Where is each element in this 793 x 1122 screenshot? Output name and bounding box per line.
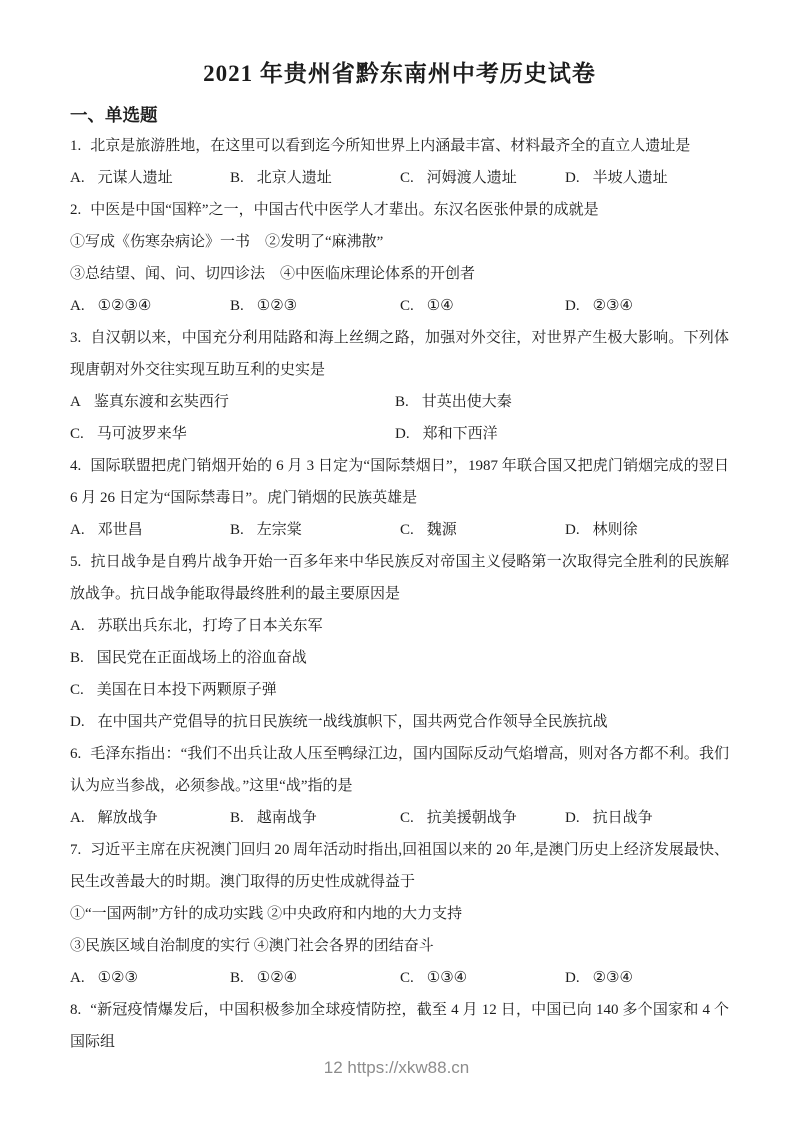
option-text: ①②④ bbox=[257, 970, 297, 986]
option-letter: B. bbox=[230, 810, 244, 826]
option-letter: C. bbox=[70, 426, 84, 442]
options-row: A.解放战争 B.越南战争 C.抗美援朝战争 D.抗日战争 bbox=[70, 802, 729, 834]
option-letter: A. bbox=[70, 170, 85, 186]
question-8: 8.“新冠疫情爆发后，中国积极参加全球疫情防控，截至 4 月 12 日，中国已向… bbox=[70, 994, 729, 1058]
question-stem: 8.“新冠疫情爆发后，中国积极参加全球疫情防控，截至 4 月 12 日，中国已向… bbox=[70, 994, 729, 1058]
option-letter: D. bbox=[565, 970, 580, 986]
option-text: ①③④ bbox=[427, 970, 467, 986]
options-row: A.元谋人遗址 B.北京人遗址 C.河姆渡人遗址 D.半坡人遗址 bbox=[70, 162, 729, 194]
option-text: 美国在日本投下两颗原子弹 bbox=[97, 682, 277, 698]
option-text: ①②③④ bbox=[98, 298, 152, 314]
question-4: 4.国际联盟把虎门销烟开始的 6 月 3 日定为“国际禁烟日”，1987 年联合… bbox=[70, 450, 729, 546]
question-text: 习近平主席在庆祝澳门回归 20 周年活动时指出,回祖国以来的 20 年,是澳门历… bbox=[70, 842, 729, 890]
option-text: 抗日战争 bbox=[593, 810, 653, 826]
option-letter: C. bbox=[400, 810, 414, 826]
option-text: 苏联出兵东北，打垮了日本关东军 bbox=[98, 618, 323, 634]
option-a: A.①②③ bbox=[70, 962, 230, 994]
question-text: 国际联盟把虎门销烟开始的 6 月 3 日定为“国际禁烟日”，1987 年联合国又… bbox=[70, 458, 729, 506]
footer-watermark: 12 https://xkw88.cn bbox=[0, 1058, 793, 1078]
option-c: C.抗美援朝战争 bbox=[400, 802, 565, 834]
option-letter: B. bbox=[70, 650, 84, 666]
option-d: D.郑和下西洋 bbox=[395, 418, 729, 450]
option-c: C.马可波罗来华 bbox=[70, 418, 395, 450]
option-d: D.半坡人遗址 bbox=[565, 162, 729, 194]
options-row: A.邓世昌 B.左宗棠 C.魏源 D.林则徐 bbox=[70, 514, 729, 546]
option-d: D.在中国共产党倡导的抗日民族统一战线旗帜下，国共两党合作领导全民族抗战 bbox=[70, 706, 729, 738]
question-number: 4. bbox=[70, 458, 81, 474]
option-d: D.林则徐 bbox=[565, 514, 729, 546]
option-text: ②③④ bbox=[593, 298, 633, 314]
question-text: 毛泽东指出：“我们不出兵让敌人压至鸭绿江边，国内国际反动气焰增高，则对各方都不利… bbox=[70, 746, 729, 794]
question-subline: ③民族区域自治制度的实行 ④澳门社会各界的团结奋斗 bbox=[70, 930, 729, 962]
question-2: 2.中医是中国“国粹”之一，中国古代中医学人才辈出。东汉名医张仲景的成就是 ①写… bbox=[70, 194, 729, 322]
option-text: 半坡人遗址 bbox=[593, 170, 668, 186]
question-stem: 2.中医是中国“国粹”之一，中国古代中医学人才辈出。东汉名医张仲景的成就是 bbox=[70, 194, 729, 226]
option-text: 马可波罗来华 bbox=[97, 426, 187, 442]
options-row: A鉴真东渡和玄奘西行 B.甘英出使大秦 bbox=[70, 386, 729, 418]
question-subline: ①“一国两制”方针的成功实践 ②中央政府和内地的大力支持 bbox=[70, 898, 729, 930]
options-row: C.马可波罗来华 D.郑和下西洋 bbox=[70, 418, 729, 450]
option-b: B.①②④ bbox=[230, 962, 400, 994]
option-d: D.②③④ bbox=[565, 962, 729, 994]
option-letter: B. bbox=[395, 394, 409, 410]
option-text: 左宗棠 bbox=[257, 522, 302, 538]
option-text: 甘英出使大秦 bbox=[422, 394, 512, 410]
option-letter: D. bbox=[565, 810, 580, 826]
question-number: 7. bbox=[70, 842, 81, 858]
option-a: A.邓世昌 bbox=[70, 514, 230, 546]
option-letter: A. bbox=[70, 970, 85, 986]
option-b: B.越南战争 bbox=[230, 802, 400, 834]
options-row: A.①②③ B.①②④ C.①③④ D.②③④ bbox=[70, 962, 729, 994]
option-letter: D. bbox=[70, 714, 85, 730]
option-c: C.河姆渡人遗址 bbox=[400, 162, 565, 194]
option-d: D.②③④ bbox=[565, 290, 729, 322]
option-letter: C. bbox=[400, 298, 414, 314]
page-title: 2021 年贵州省黔东南州中考历史试卷 bbox=[70, 56, 729, 92]
option-letter: D. bbox=[565, 170, 580, 186]
option-letter: A. bbox=[70, 810, 85, 826]
option-c: C.①④ bbox=[400, 290, 565, 322]
option-c: C.魏源 bbox=[400, 514, 565, 546]
option-a: A.苏联出兵东北，打垮了日本关东军 bbox=[70, 610, 729, 642]
question-stem: 5.抗日战争是自鸦片战争开始一百多年来中华民族反对帝国主义侵略第一次取得完全胜利… bbox=[70, 546, 729, 610]
option-b: B.北京人遗址 bbox=[230, 162, 400, 194]
option-a: A鉴真东渡和玄奘西行 bbox=[70, 386, 395, 418]
question-number: 5. bbox=[70, 554, 81, 570]
option-letter: C. bbox=[400, 170, 414, 186]
question-stem: 7.习近平主席在庆祝澳门回归 20 周年活动时指出,回祖国以来的 20 年,是澳… bbox=[70, 834, 729, 898]
question-number: 2. bbox=[70, 202, 81, 218]
option-letter: D. bbox=[565, 522, 580, 538]
question-subline: ①写成《伤寒杂病论》一书 ②发明了“麻沸散” bbox=[70, 226, 729, 258]
option-text: ①②③ bbox=[257, 298, 297, 314]
option-text: 魏源 bbox=[427, 522, 457, 538]
option-text: ①②③ bbox=[98, 970, 138, 986]
option-letter: D. bbox=[395, 426, 410, 442]
question-5: 5.抗日战争是自鸦片战争开始一百多年来中华民族反对帝国主义侵略第一次取得完全胜利… bbox=[70, 546, 729, 738]
option-c: C.美国在日本投下两颗原子弹 bbox=[70, 674, 729, 706]
question-stem: 1.北京是旅游胜地，在这里可以看到迄今所知世界上内涵最丰富、材料最齐全的直立人遗… bbox=[70, 130, 729, 162]
option-text: 郑和下西洋 bbox=[423, 426, 498, 442]
question-number: 8. bbox=[70, 1002, 81, 1018]
option-text: 河姆渡人遗址 bbox=[427, 170, 517, 186]
question-3: 3.自汉朝以来，中国充分利用陆路和海上丝绸之路，加强对外交往，对世界产生极大影响… bbox=[70, 322, 729, 450]
option-text: 在中国共产党倡导的抗日民族统一战线旗帜下，国共两党合作领导全民族抗战 bbox=[98, 714, 608, 730]
option-text: 邓世昌 bbox=[98, 522, 143, 538]
question-text: 自汉朝以来，中国充分利用陆路和海上丝绸之路，加强对外交往，对世界产生极大影响。下… bbox=[70, 330, 729, 378]
option-letter: A bbox=[70, 394, 81, 410]
question-stem: 3.自汉朝以来，中国充分利用陆路和海上丝绸之路，加强对外交往，对世界产生极大影响… bbox=[70, 322, 729, 386]
option-letter: B. bbox=[230, 970, 244, 986]
option-letter: C. bbox=[400, 522, 414, 538]
option-text: 解放战争 bbox=[98, 810, 158, 826]
option-text: 林则徐 bbox=[593, 522, 638, 538]
option-letter: D. bbox=[565, 298, 580, 314]
option-b: B.国民党在正面战场上的浴血奋战 bbox=[70, 642, 729, 674]
question-number: 3. bbox=[70, 330, 81, 346]
option-a: A.①②③④ bbox=[70, 290, 230, 322]
question-number: 6. bbox=[70, 746, 81, 762]
question-stem: 4.国际联盟把虎门销烟开始的 6 月 3 日定为“国际禁烟日”，1987 年联合… bbox=[70, 450, 729, 514]
question-subline: ③总结望、闻、问、切四诊法 ④中医临床理论体系的开创者 bbox=[70, 258, 729, 290]
option-letter: A. bbox=[70, 298, 85, 314]
option-text: ①④ bbox=[427, 298, 454, 314]
question-text: 北京是旅游胜地，在这里可以看到迄今所知世界上内涵最丰富、材料最齐全的直立人遗址是 bbox=[90, 138, 690, 154]
question-text: 抗日战争是自鸦片战争开始一百多年来中华民族反对帝国主义侵略第一次取得完全胜利的民… bbox=[70, 554, 729, 602]
section-heading: 一、单选题 bbox=[70, 100, 729, 130]
question-text: “新冠疫情爆发后，中国积极参加全球疫情防控，截至 4 月 12 日，中国已向 1… bbox=[70, 1002, 729, 1050]
option-a: A.解放战争 bbox=[70, 802, 230, 834]
option-text: 抗美援朝战争 bbox=[427, 810, 517, 826]
option-text: ②③④ bbox=[593, 970, 633, 986]
page-content: 2021 年贵州省黔东南州中考历史试卷 一、单选题 1.北京是旅游胜地，在这里可… bbox=[0, 0, 793, 1058]
option-c: C.①③④ bbox=[400, 962, 565, 994]
question-stem: 6.毛泽东指出：“我们不出兵让敌人压至鸭绿江边，国内国际反动气焰增高，则对各方都… bbox=[70, 738, 729, 802]
option-text: 国民党在正面战场上的浴血奋战 bbox=[97, 650, 307, 666]
question-1: 1.北京是旅游胜地，在这里可以看到迄今所知世界上内涵最丰富、材料最齐全的直立人遗… bbox=[70, 130, 729, 194]
question-text: 中医是中国“国粹”之一，中国古代中医学人才辈出。东汉名医张仲景的成就是 bbox=[90, 202, 598, 218]
option-text: 鉴真东渡和玄奘西行 bbox=[94, 394, 229, 410]
option-letter: A. bbox=[70, 522, 85, 538]
question-number: 1. bbox=[70, 138, 81, 154]
option-letter: B. bbox=[230, 170, 244, 186]
exam-page: 2021 年贵州省黔东南州中考历史试卷 一、单选题 1.北京是旅游胜地，在这里可… bbox=[0, 0, 793, 1122]
option-letter: C. bbox=[70, 682, 84, 698]
option-text: 越南战争 bbox=[257, 810, 317, 826]
option-letter: B. bbox=[230, 298, 244, 314]
option-a: A.元谋人遗址 bbox=[70, 162, 230, 194]
option-b: B.①②③ bbox=[230, 290, 400, 322]
option-letter: B. bbox=[230, 522, 244, 538]
option-d: D.抗日战争 bbox=[565, 802, 729, 834]
option-letter: A. bbox=[70, 618, 85, 634]
question-6: 6.毛泽东指出：“我们不出兵让敌人压至鸭绿江边，国内国际反动气焰增高，则对各方都… bbox=[70, 738, 729, 834]
option-letter: C. bbox=[400, 970, 414, 986]
option-text: 元谋人遗址 bbox=[98, 170, 173, 186]
option-text: 北京人遗址 bbox=[257, 170, 332, 186]
question-7: 7.习近平主席在庆祝澳门回归 20 周年活动时指出,回祖国以来的 20 年,是澳… bbox=[70, 834, 729, 994]
options-row: A.①②③④ B.①②③ C.①④ D.②③④ bbox=[70, 290, 729, 322]
option-b: B.左宗棠 bbox=[230, 514, 400, 546]
option-b: B.甘英出使大秦 bbox=[395, 386, 729, 418]
